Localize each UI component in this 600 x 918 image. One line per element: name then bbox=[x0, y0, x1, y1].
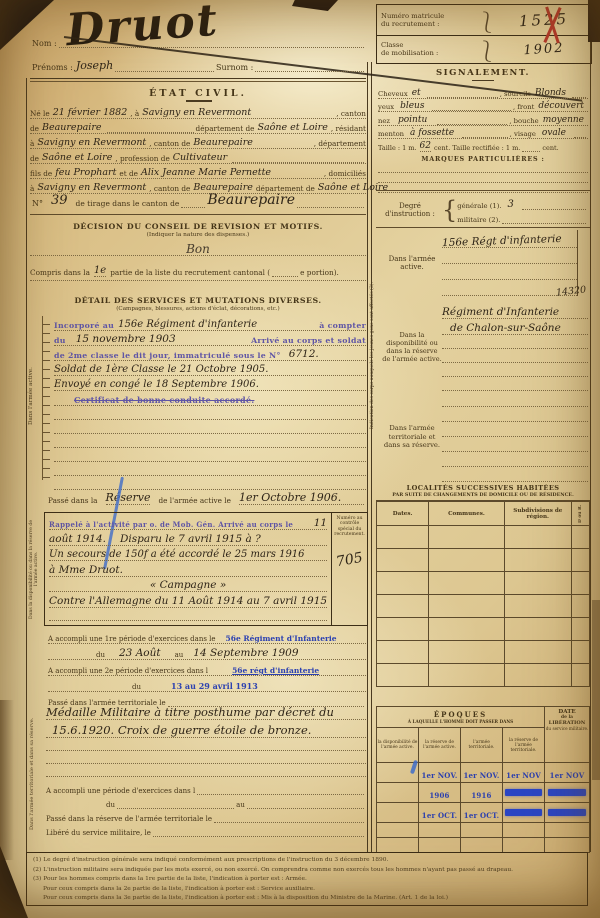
disponibilite-label: Dans la disponibilité ou dans la réserve… bbox=[382, 331, 442, 363]
empty-ruled-line bbox=[378, 183, 588, 193]
signalement-divider bbox=[376, 190, 590, 191]
footnote-2: (2) L'instruction militaire sera indiqué… bbox=[33, 866, 581, 876]
instruction-section: Degré d'instruction : { générale (1). 3 … bbox=[378, 196, 588, 224]
secours-note: Un secours de 150f a été accordé le 25 m… bbox=[49, 549, 305, 560]
reserve-value: Réserve bbox=[106, 491, 151, 505]
birth-details: Né le 21 février 1882 , à Savigny en Rev… bbox=[30, 104, 366, 194]
localites-col-dates: Dates. bbox=[377, 502, 429, 526]
residant-label: , résidant bbox=[331, 124, 366, 133]
services-box: Dans l'armée active. Incorporé au 156e R… bbox=[28, 316, 366, 490]
empty-ruled-line bbox=[442, 248, 577, 264]
footnote-1: (1) Le degré d'instruction générale sera… bbox=[33, 856, 581, 866]
brace-glyph: ⎱ bbox=[477, 6, 497, 35]
corps-margin-label: Indication des corps auxquels les jeunes… bbox=[370, 232, 380, 478]
tirage-row: N° 39 de tirage dans le canton de Beaure… bbox=[32, 190, 366, 208]
surnom-label: Surnom : bbox=[216, 63, 253, 72]
yeux-label: yeux bbox=[378, 103, 394, 111]
periodes-section: A accompli une 1re période d'exercices d… bbox=[48, 628, 366, 707]
incorpore-stamp: Incorporé au bbox=[54, 321, 114, 330]
periode-1-dates-row: du 23 Août au 14 Septembre 1909 bbox=[48, 644, 366, 660]
edge-shadow-right bbox=[592, 600, 600, 780]
ruled-gap bbox=[437, 122, 507, 125]
empty-ruled-line bbox=[54, 462, 366, 476]
redaction-bar bbox=[548, 789, 587, 796]
prenoms-value: Joseph bbox=[76, 59, 113, 72]
periode-1-start: 23 Août bbox=[119, 647, 161, 659]
cent-label: cent. bbox=[542, 144, 558, 152]
armee-active-value: 156e Régt d'infanterie bbox=[442, 233, 562, 249]
compris-label-a: Compris dans la bbox=[30, 268, 90, 277]
liberation-date-header: DATE de la LIBÉRATION du service militai… bbox=[545, 709, 589, 731]
periode-2-regiment-stamp: 56e régt d'infanterie bbox=[232, 666, 319, 675]
classe-label-line2: de mobilisation : bbox=[381, 49, 477, 57]
localites-empty-row bbox=[377, 595, 590, 618]
etat-civil-underline bbox=[186, 100, 212, 102]
birth-line-5: fils de feu Prophart et de Alix Jeanne M… bbox=[30, 164, 366, 179]
epoques-col3-header: l'armée territoriale. bbox=[461, 740, 502, 750]
empty-ruled-line bbox=[442, 452, 588, 467]
periode-1-row: A accompli une 1re période d'exercices d… bbox=[48, 628, 366, 644]
father-name: feu Prophart bbox=[55, 167, 116, 178]
front-value: découvert bbox=[538, 101, 584, 111]
tirage-no-label: N° bbox=[32, 199, 43, 208]
empty-ruled-line bbox=[378, 173, 588, 183]
header-divider-2 bbox=[30, 81, 366, 82]
of-label: de bbox=[30, 154, 39, 163]
taille-value: 62 bbox=[420, 141, 431, 152]
reserve-row: Passé dans la Réserve de l'armée active … bbox=[48, 489, 364, 505]
epoques-stamp-row-3: 1er OCT. 1er OCT. bbox=[377, 803, 590, 823]
visage-value: ovale bbox=[542, 128, 566, 138]
ruled-gap bbox=[272, 274, 298, 277]
croix-de-guerre-note: 15.6.1920. Croix de guerre étoile de bro… bbox=[52, 723, 311, 737]
rappel-line-3: Un secours de 150f a été accordé le 25 m… bbox=[49, 546, 327, 562]
au-label: au bbox=[236, 801, 245, 809]
brace-glyph: { bbox=[442, 196, 457, 224]
stamp-year: 1906 bbox=[429, 791, 449, 800]
stamp-date: 1er NOV bbox=[506, 771, 541, 780]
prenoms-row: Prénoms : Joseph Surnom : bbox=[32, 56, 366, 72]
taille-rectifiee-label: cent. Taille rectifiée : 1 m. bbox=[434, 144, 520, 152]
localites-empty-row bbox=[377, 641, 590, 664]
certificat-stamp: Certificat de bonne conduite accordé. bbox=[74, 395, 254, 405]
localites-empty-row bbox=[377, 664, 590, 687]
ruled-gap bbox=[214, 820, 364, 823]
decision-section: DÉCISION DU CONSEIL DE REVISION ET MOTIF… bbox=[30, 222, 366, 281]
stamp-date: 1er NOV. bbox=[421, 771, 457, 780]
disponibilite-value-row-2: de Chalon-sur-Saône bbox=[442, 319, 588, 335]
epoques-stamp-row-1: 1er NOV. 1er NOV. 1er NOV 1er NOV bbox=[377, 763, 590, 783]
epoques-table: ÉPOQUES À LAQUELLE L'HOMME DOIT PASSER D… bbox=[376, 706, 590, 853]
classe-stamp: de 2me classe le dit jour, immatriculé s… bbox=[54, 351, 281, 360]
sourcils-label: , sourcils bbox=[500, 90, 531, 98]
armee-active-box: Dans l'armée active. 156e Régt d'infante… bbox=[382, 230, 588, 296]
classe-label-line1: Classe bbox=[381, 41, 477, 49]
armee-active-label: Dans l'armée active. bbox=[382, 255, 442, 271]
son-of-label: fils de bbox=[30, 169, 52, 178]
canton-value: Beaurepaire bbox=[42, 122, 102, 133]
arrival-month: août 1914. bbox=[49, 533, 106, 545]
epoques-col2-header: la réserve de l'armée active. bbox=[419, 740, 460, 750]
domicilies-label: , domiciliés bbox=[324, 169, 366, 178]
generale-label: générale (1). bbox=[457, 202, 501, 210]
menton-label: menton bbox=[378, 130, 404, 138]
rappel-line-4: à Mme Druot. bbox=[49, 561, 327, 577]
rappel-line-2: août 1914. Disparu le 7 avril 1915 à ? bbox=[49, 530, 327, 546]
of-label: de bbox=[30, 124, 39, 133]
empty-ruled-line bbox=[54, 476, 366, 490]
surnom-ruled-line bbox=[255, 69, 364, 72]
incorporation-date: 15 novembre 1903 bbox=[76, 333, 176, 345]
cheveux-label: Cheveux bbox=[378, 90, 408, 98]
at-label: à bbox=[30, 139, 34, 148]
localites-empty-row bbox=[377, 572, 590, 595]
armee-active-value-row: 156e Régt d'infanterie bbox=[442, 230, 577, 248]
du-stamp: du bbox=[54, 336, 66, 345]
militaire-row: militaire (2). bbox=[457, 210, 588, 224]
disponibilite-value-row-1: Régiment d'Infanterie bbox=[442, 302, 588, 319]
du-label: du bbox=[132, 683, 141, 691]
birth-date: 21 février 1882 bbox=[53, 107, 128, 118]
service-word: du service militaire. bbox=[545, 726, 589, 731]
rappel-margin-label: Dans la disponibilité ou dans la réserve… bbox=[29, 514, 42, 624]
repertoire-number: 14320 bbox=[556, 284, 587, 298]
epoques-col4-header: la réserve de l'armée territoriale. bbox=[503, 738, 544, 753]
sourcils-value: Blonds bbox=[535, 88, 566, 98]
rappel-lines: Rappelé à l'activité par o. de Mob. Gén.… bbox=[45, 513, 331, 625]
du-label: du bbox=[106, 801, 115, 809]
born-label: Né le bbox=[30, 109, 50, 118]
nez-value: pointu bbox=[398, 115, 427, 125]
secours-beneficiary: à Mme Druot. bbox=[49, 564, 123, 576]
ruled-gap bbox=[522, 149, 540, 152]
empty-ruled-line bbox=[46, 751, 366, 764]
empty-ruled-line bbox=[46, 738, 366, 751]
instruction-divider bbox=[376, 227, 590, 228]
ruled-gap bbox=[432, 108, 511, 111]
empty-ruled-line bbox=[442, 437, 588, 452]
ruled-line bbox=[30, 277, 366, 281]
empty-ruled-line bbox=[442, 392, 588, 407]
campagne-allemagne-note: Contre l'Allemagne du 11 Août 1914 au 7 … bbox=[49, 595, 327, 607]
ruled-gap bbox=[232, 160, 364, 163]
cheveux-row: Cheveux et , sourcils Blonds bbox=[378, 85, 588, 99]
empty-ruled-line bbox=[54, 448, 366, 462]
visage-label: , visage bbox=[510, 130, 536, 138]
yeux-row: yeux bleus , front découvert bbox=[378, 99, 588, 113]
campagne-heading: « Campagne » bbox=[49, 577, 327, 593]
disparu-note: Disparu le 7 avril 1915 à ? bbox=[120, 533, 261, 545]
numero-controle-label: Numéro au contrôle spécial du recrutemen… bbox=[333, 516, 366, 538]
ruled-gap bbox=[574, 135, 586, 138]
yeux-value: bleus bbox=[400, 101, 424, 111]
menton-value: à fossette bbox=[410, 128, 454, 138]
medaille-row-1: Médaille Militaire à titre posthume par … bbox=[46, 702, 366, 720]
medaille-militaire-note: Médaille Militaire à titre posthume par … bbox=[46, 705, 334, 719]
edge-shadow-left bbox=[0, 700, 14, 860]
empty-ruled-line bbox=[54, 420, 366, 434]
conge-note: Envoyé en congé le 18 Septembre 1906. bbox=[54, 379, 259, 390]
rappel-line-1: Rappelé à l'activité par o. de Mob. Gén.… bbox=[49, 515, 327, 530]
menton-row: menton à fossette , visage ovale bbox=[378, 126, 588, 140]
taille-label: Taille : 1 m. bbox=[378, 144, 417, 152]
and-of-label: et de bbox=[119, 169, 138, 178]
section-rule bbox=[30, 214, 366, 215]
compris-partie-value: 1e bbox=[94, 265, 106, 277]
empty-ruled-line bbox=[378, 163, 588, 173]
periode-1-end: 14 Septembre 1909 bbox=[193, 647, 298, 659]
mother-name: Alix Jeanne Marie Pernette bbox=[141, 167, 271, 178]
rappel-line-6: Contre l'Allemagne du 11 Août 1914 au 7 … bbox=[49, 592, 327, 608]
armee-active-lines: 156e Régt d'infanterie bbox=[442, 230, 577, 296]
stamp-date: 1er NOV bbox=[550, 771, 585, 780]
ruled-gap bbox=[117, 806, 234, 809]
reserve-date: 1er Octobre 1906. bbox=[239, 491, 364, 505]
departement-value: Saône et Loire bbox=[257, 122, 327, 133]
title-underline bbox=[472, 80, 494, 81]
ruled-gap bbox=[572, 95, 586, 98]
territoriale-box-label: Dans l'armée territoriale et dans sa rés… bbox=[382, 424, 442, 450]
blank-dates-row: du au bbox=[46, 795, 366, 809]
departement-label: département de bbox=[196, 124, 255, 133]
localites-empty-row bbox=[377, 618, 590, 641]
corner-shadow-top-right bbox=[588, 0, 600, 42]
epoques-title: ÉPOQUES bbox=[377, 710, 544, 719]
epoques-subtitle: À LAQUELLE L'HOMME DOIT PASSER DANS bbox=[377, 719, 544, 724]
ruled-gap bbox=[522, 207, 586, 210]
rappele-stamp: Rappelé à l'activité par o. de Mob. Gén.… bbox=[49, 520, 293, 529]
footnotes-box: (1) Le degré d'instruction générale sera… bbox=[26, 852, 588, 906]
epoques-section: ÉPOQUES À LAQUELLE L'HOMME DOIT PASSER D… bbox=[376, 706, 590, 853]
ruled-gap bbox=[153, 834, 364, 837]
ruled-gap bbox=[197, 792, 364, 795]
empty-ruled-line bbox=[46, 764, 366, 777]
canton-label: , canton de bbox=[149, 139, 190, 148]
service-line-6: Certificat de bonne conduite accordé. bbox=[54, 391, 366, 406]
frame-right-line bbox=[590, 4, 591, 852]
birth-line-3: à Savigny en Revermont , canton de Beaur… bbox=[30, 134, 366, 149]
matricule-label: Numéro matricule du recrutement : bbox=[377, 12, 477, 28]
service-line-5: Envoyé en congé le 18 Septembre 1906. bbox=[54, 376, 366, 391]
compris-label-c: partie de la liste du recrutement canton… bbox=[110, 268, 270, 277]
localites-subtitle: PAR SUITE DE CHANGEMENTS DE DOMICILE OU … bbox=[376, 492, 590, 501]
ruled-gap bbox=[107, 130, 194, 133]
medaille-row-2: 15.6.1920. Croix de guerre étoile de bro… bbox=[46, 720, 366, 738]
reserve-territoriale-row: Passé dans la réserve de l'armée territo… bbox=[46, 809, 366, 823]
empty-ruled-line bbox=[54, 406, 366, 420]
stamp-date: 1er OCT. bbox=[422, 811, 457, 820]
degre-label-line1: Degré bbox=[378, 202, 442, 210]
empty-ruled-line bbox=[442, 407, 588, 422]
epoques-col1-header: la disponibilité de l'armée active. bbox=[377, 740, 418, 750]
degre-label-line2: d'instruction : bbox=[378, 210, 442, 218]
soldat-1e-classe-note: Soldat de 1ère Classe le 21 Octobre 1905… bbox=[54, 364, 268, 375]
epoques-empty-row bbox=[377, 838, 590, 853]
bouche-value: moyenne bbox=[543, 115, 584, 125]
empty-ruled-line bbox=[442, 422, 588, 437]
localites-table: Dates. Communes. Subdivisions de région.… bbox=[376, 501, 590, 687]
nez-label: nez bbox=[378, 117, 390, 125]
matricule-label-line1: Numéro matricule bbox=[381, 12, 477, 20]
nez-row: nez pointu , bouche moyenne bbox=[378, 112, 588, 126]
blank-periode-row: A accompli une période d'exercices dans … bbox=[46, 781, 366, 795]
ruled-gap bbox=[502, 221, 586, 224]
reserve-territoriale-label: Passé dans la réserve de l'armée territo… bbox=[46, 815, 212, 823]
disponibilite-value-2: de Chalon-sur-Saône bbox=[450, 322, 561, 334]
frame-left-line bbox=[26, 78, 27, 852]
etat-civil-title: ÉTAT CIVIL. bbox=[30, 88, 366, 99]
empty-ruled-line bbox=[442, 377, 588, 391]
empty-ruled-line bbox=[442, 349, 588, 363]
stamp-year: 1916 bbox=[471, 791, 491, 800]
service-line-1: Incorporé au 156e Régiment d'infanterie … bbox=[54, 316, 366, 331]
rappel-box: Rappelé à l'activité par o. de Mob. Gén.… bbox=[44, 512, 368, 626]
generale-value: 3 bbox=[508, 199, 514, 210]
territoriale-section: Médaille Militaire à titre posthume par … bbox=[46, 702, 366, 837]
birth-line-2: de Beaurepaire département de Saône et L… bbox=[30, 119, 366, 134]
campagne-label: « Campagne » bbox=[150, 579, 226, 591]
bouche-label: , bouche bbox=[509, 117, 538, 125]
taille-row: Taille : 1 m. 62 cent. Taille rectifiée … bbox=[378, 139, 588, 152]
localites-col-communes: Communes. bbox=[429, 502, 505, 526]
red-x-mark bbox=[538, 6, 566, 42]
ruled-gap bbox=[427, 95, 498, 98]
redaction-bar bbox=[505, 789, 541, 796]
disponibilite-lines: Régiment d'Infanterie de Chalon-sur-Saôn… bbox=[442, 302, 588, 391]
armee-active-label: de l'armée active le bbox=[158, 496, 230, 505]
services-subtitle: (Campagnes, blessures, actions d'éclat, … bbox=[30, 306, 366, 312]
canton-label: , canton bbox=[336, 109, 366, 118]
empty-ruled-line bbox=[54, 434, 366, 448]
classe-label: Classe de mobilisation : bbox=[377, 41, 477, 57]
localites-empty-row bbox=[377, 549, 590, 572]
footnote-4: Pour ceux compris dans la 2e partie de l… bbox=[33, 885, 581, 895]
empty-ruled-line bbox=[442, 264, 577, 280]
decision-title: DÉCISION DU CONSEIL DE REVISION ET MOTIF… bbox=[30, 222, 366, 231]
signalement-title: SIGNALEMENT. bbox=[378, 68, 588, 78]
departement-value: Saône et Loire bbox=[42, 152, 112, 163]
empty-ruled-line bbox=[442, 467, 588, 482]
footnote-3: (3) Pour les hommes compris dans la 1re … bbox=[33, 875, 581, 885]
tirage-number: 39 bbox=[51, 193, 68, 208]
epoques-stamp-row-2: 1906 1916 bbox=[377, 783, 590, 803]
generale-row: générale (1). 3 bbox=[457, 196, 588, 210]
departement-label: , département bbox=[314, 139, 366, 148]
disponibilite-box: Dans la disponibilité ou dans la réserve… bbox=[382, 302, 588, 391]
au-label: au bbox=[175, 651, 184, 659]
libere-row: Libéré du service militaire, le bbox=[46, 823, 366, 837]
services-margin-label: Dans l'armée active. bbox=[28, 316, 42, 476]
scan-notch-top bbox=[292, 0, 338, 11]
territoriale-box-lines bbox=[442, 392, 588, 482]
compris-label-d: e portion). bbox=[300, 268, 339, 277]
regiment-value: 156e Régiment d'infanterie bbox=[118, 319, 257, 330]
numero-controle-value: 705 bbox=[332, 549, 367, 570]
services-lines: Incorporé au 156e Régiment d'infanterie … bbox=[50, 316, 366, 490]
at-label: , à bbox=[130, 109, 139, 118]
prenoms-label: Prénoms : bbox=[32, 63, 73, 72]
footnote-5: Pour ceux compris dans la 3e partie de l… bbox=[33, 894, 581, 904]
front-label: , front bbox=[513, 103, 534, 111]
territoriale-box: Dans l'armée territoriale et dans sa rés… bbox=[382, 392, 588, 482]
profession-label: , profession de bbox=[115, 154, 169, 163]
stamp-date: 1er OCT. bbox=[464, 811, 499, 820]
periode-2-dates-row: du 13 au 29 avril 1913 bbox=[48, 676, 366, 692]
ruled-gap bbox=[247, 806, 364, 809]
residence-value: Savigny en Revermont bbox=[37, 137, 146, 148]
redaction-bar bbox=[548, 809, 587, 816]
birth-place: Savigny en Revermont bbox=[142, 107, 251, 118]
marques-label: MARQUES PARTICULIÈRES : bbox=[378, 155, 588, 163]
localites-col-subdivisions: Subdivisions de région. bbox=[504, 502, 571, 526]
blank-periode-label: A accompli une période d'exercices dans … bbox=[46, 787, 195, 795]
matricule-corps-number: 6712. bbox=[289, 348, 319, 360]
periode-1-label: A accompli une 1re période d'exercices d… bbox=[48, 635, 216, 643]
territoriale-margin-label: Dans l'armée territoriale et dans sa rés… bbox=[29, 706, 42, 842]
tirage-canton-value: Beaurepaire bbox=[207, 192, 295, 208]
services-title: DÉTAIL DES SERVICES ET MUTATIONS DIVERSE… bbox=[30, 296, 366, 305]
epoques-empty-row bbox=[377, 823, 590, 838]
localites-title: LOCALITÉS SUCCESSIVES HABITÉES bbox=[376, 484, 590, 492]
compris-row: Compris dans la 1e partie de la liste du… bbox=[30, 260, 366, 277]
arrive-stamp: Arrivé au corps et soldat bbox=[251, 336, 366, 345]
militaire-label: militaire (2). bbox=[457, 216, 500, 224]
birth-line-1: Né le 21 février 1882 , à Savigny en Rev… bbox=[30, 104, 366, 119]
ruled-gap bbox=[462, 135, 508, 138]
birth-line-4: de Saône et Loire , profession de Cultiv… bbox=[30, 149, 366, 164]
profession-value: Cultivateur bbox=[173, 152, 227, 163]
periode-2-label: A accompli une 2e période d'exercices da… bbox=[48, 667, 208, 675]
tirage-mid-label: de tirage dans le canton de bbox=[76, 199, 180, 208]
service-line-3: de 2me classe le dit jour, immatriculé s… bbox=[54, 346, 366, 361]
localites-section: LOCALITÉS SUCCESSIVES HABITÉES PAR SUITE… bbox=[376, 484, 590, 687]
service-line-4: Soldat de 1ère Classe le 21 Octobre 1905… bbox=[54, 361, 366, 376]
brace-glyph: ⎱ bbox=[477, 35, 497, 64]
du-label: du bbox=[96, 651, 105, 659]
military-record-sheet: Nom : Druot Prénoms : Joseph Surnom : ÉT… bbox=[0, 0, 600, 918]
passe-label: Passé dans la bbox=[48, 496, 98, 505]
ruled-gap bbox=[181, 205, 205, 208]
cheveux-value: et bbox=[412, 88, 421, 98]
periode-2-row: A accompli une 2e période d'exercices da… bbox=[48, 660, 366, 676]
arrival-day: 11 bbox=[314, 517, 327, 529]
matricule-label-line2: du recrutement : bbox=[381, 20, 477, 28]
empty-ruled-line bbox=[49, 608, 327, 621]
empty-ruled-line bbox=[442, 363, 588, 377]
localites-empty-row bbox=[377, 526, 590, 549]
empty-ruled-line bbox=[442, 335, 588, 349]
signalement-section: SIGNALEMENT. Cheveux et , sourcils Blond… bbox=[378, 68, 588, 193]
ruled-gap bbox=[297, 205, 364, 208]
header-divider bbox=[30, 78, 366, 79]
decision-value: Bon bbox=[186, 242, 210, 256]
disponibilite-value-1: Régiment d'Infanterie bbox=[442, 306, 559, 318]
periode-1-regiment-stamp: 56e Régiment d'Infanterie bbox=[226, 634, 337, 643]
service-line-2: du 15 novembre 1903 Arrivé au corps et s… bbox=[54, 331, 366, 346]
canton-value: Beaurepaire bbox=[193, 137, 253, 148]
numero-controle-cell: Numéro au contrôle spécial du recrutemen… bbox=[331, 513, 367, 625]
stamp-date: 1er NOV. bbox=[463, 771, 499, 780]
prenoms-ruled-line bbox=[115, 69, 214, 72]
a-compter-stamp: à compter bbox=[319, 321, 366, 330]
localites-col-dr: D ou R. bbox=[578, 503, 583, 525]
redaction-bar bbox=[505, 809, 541, 816]
services-ruler bbox=[42, 316, 50, 480]
periode-2-dates-stamp: 13 au 29 avril 1913 bbox=[171, 681, 258, 691]
instruction-label: Degré d'instruction : bbox=[378, 202, 442, 218]
nom-label: Nom : bbox=[32, 39, 57, 48]
libere-label: Libéré du service militaire, le bbox=[46, 829, 151, 837]
